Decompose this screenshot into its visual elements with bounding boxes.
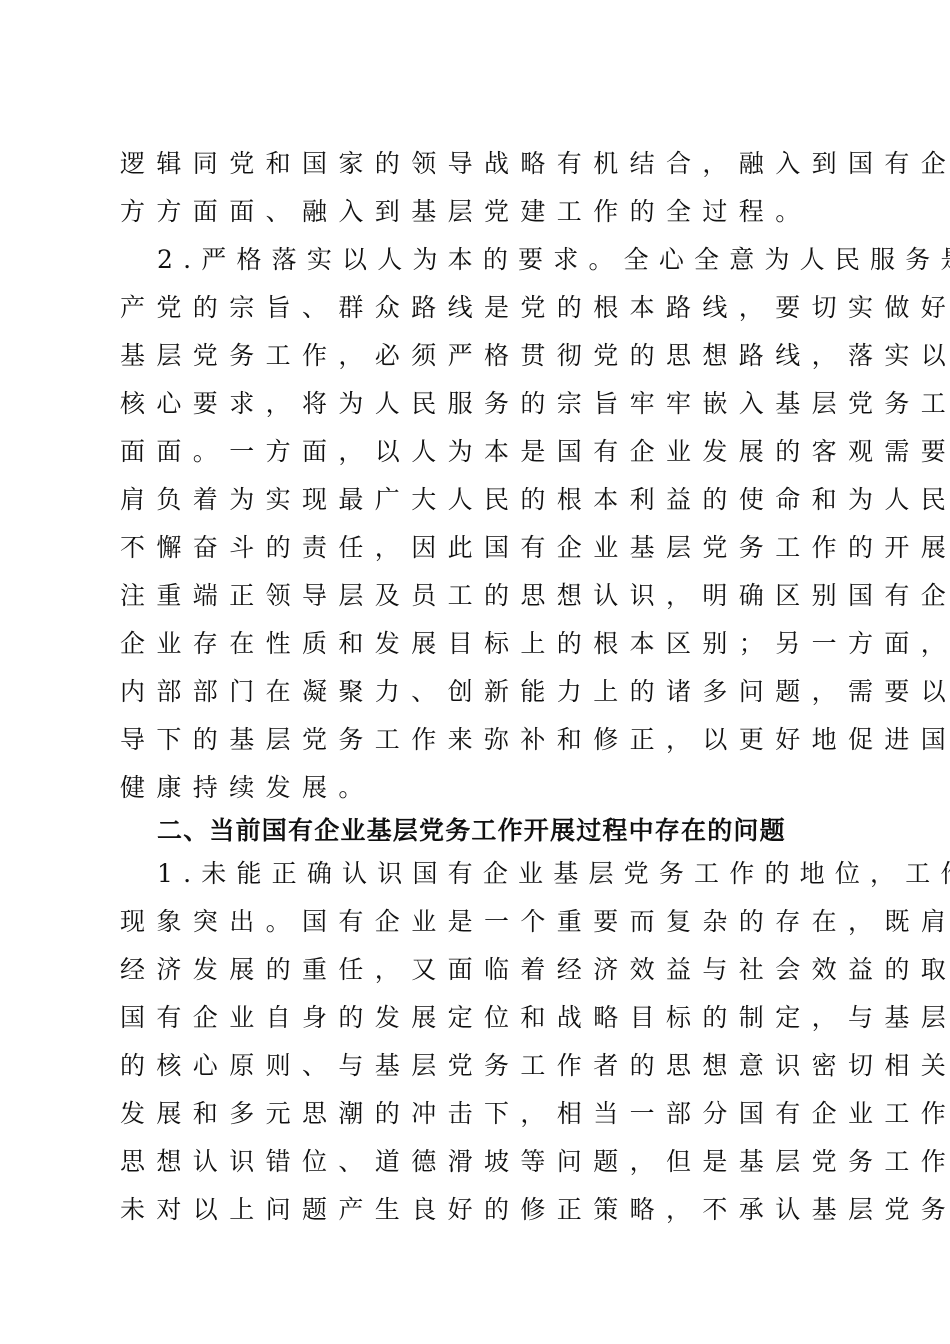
paragraph-line: 肩负着为实现最广大人民的根本利益的使命和为人民美好生活 bbox=[120, 476, 950, 524]
paragraph-line: 经济发展的重任，又面临着经济效益与社会效益的取舍权衡， bbox=[120, 946, 950, 994]
section-heading: 二、当前国有企业基层党务工作开展过程中存在的问题 bbox=[157, 807, 786, 855]
paragraph-line: 核心要求，将为人民服务的宗旨牢牢嵌入基层党务工作的方方 bbox=[120, 380, 950, 428]
paragraph-line: 产党的宗旨、群众路线是党的根本路线，要切实做好国有企业 bbox=[120, 284, 950, 332]
paragraph-line: 导下的基层党务工作来弥补和修正，以更好地促进国有企业的 bbox=[120, 716, 950, 764]
paragraph-line: 企业存在性质和发展目标上的根本区别；另一方面，国有企业 bbox=[120, 620, 950, 668]
paragraph-line: 国有企业自身的发展定位和战略目标的制定，与基层党务工作 bbox=[120, 994, 950, 1042]
paragraph-line: 逻辑同党和国家的领导战略有机结合，融入到国有企业发展的 bbox=[120, 140, 950, 188]
paragraph-line: 思想认识错位、道德滑坡等问题，但是基层党务工作的开展并 bbox=[120, 1138, 950, 1186]
paragraph-line: 不懈奋斗的责任，因此国有企业基层党务工作的开展必须高度 bbox=[120, 524, 950, 572]
paragraph-line: 方方面面、融入到基层党建工作的全过程。 bbox=[120, 188, 812, 236]
paragraph-line: 健康持续发展。 bbox=[120, 764, 375, 812]
paragraph-line: 2.严格落实以人为本的要求。全心全意为人民服务是中国共 bbox=[157, 236, 950, 284]
paragraph-line: 现象突出。国有企业是一个重要而复杂的存在，既肩负着助力 bbox=[120, 898, 950, 946]
paragraph-line: 未对以上问题产生良好的修正策略，不承认基层党务工作对端 bbox=[120, 1186, 950, 1234]
paragraph-line: 注重端正领导层及员工的思想认识，明确区别国有企业与其他 bbox=[120, 572, 950, 620]
paragraph-line: 1.未能正确认识国有企业基层党务工作的地位，工作形式化 bbox=[157, 850, 950, 898]
paragraph-line: 的核心原则、与基层党务工作者的思想意识密切相关。在经济 bbox=[120, 1042, 950, 1090]
paragraph-line: 内部部门在凝聚力、创新能力上的诸多问题，需要以人为本指 bbox=[120, 668, 950, 716]
paragraph-line: 发展和多元思潮的冲击下，相当一部分国有企业工作者出现了 bbox=[120, 1090, 950, 1138]
paragraph-line: 基层党务工作，必须严格贯彻党的思想路线，落实以人为本的 bbox=[120, 332, 950, 380]
paragraph-line: 面面。一方面，以人为本是国有企业发展的客观需要，其始终 bbox=[120, 428, 950, 476]
